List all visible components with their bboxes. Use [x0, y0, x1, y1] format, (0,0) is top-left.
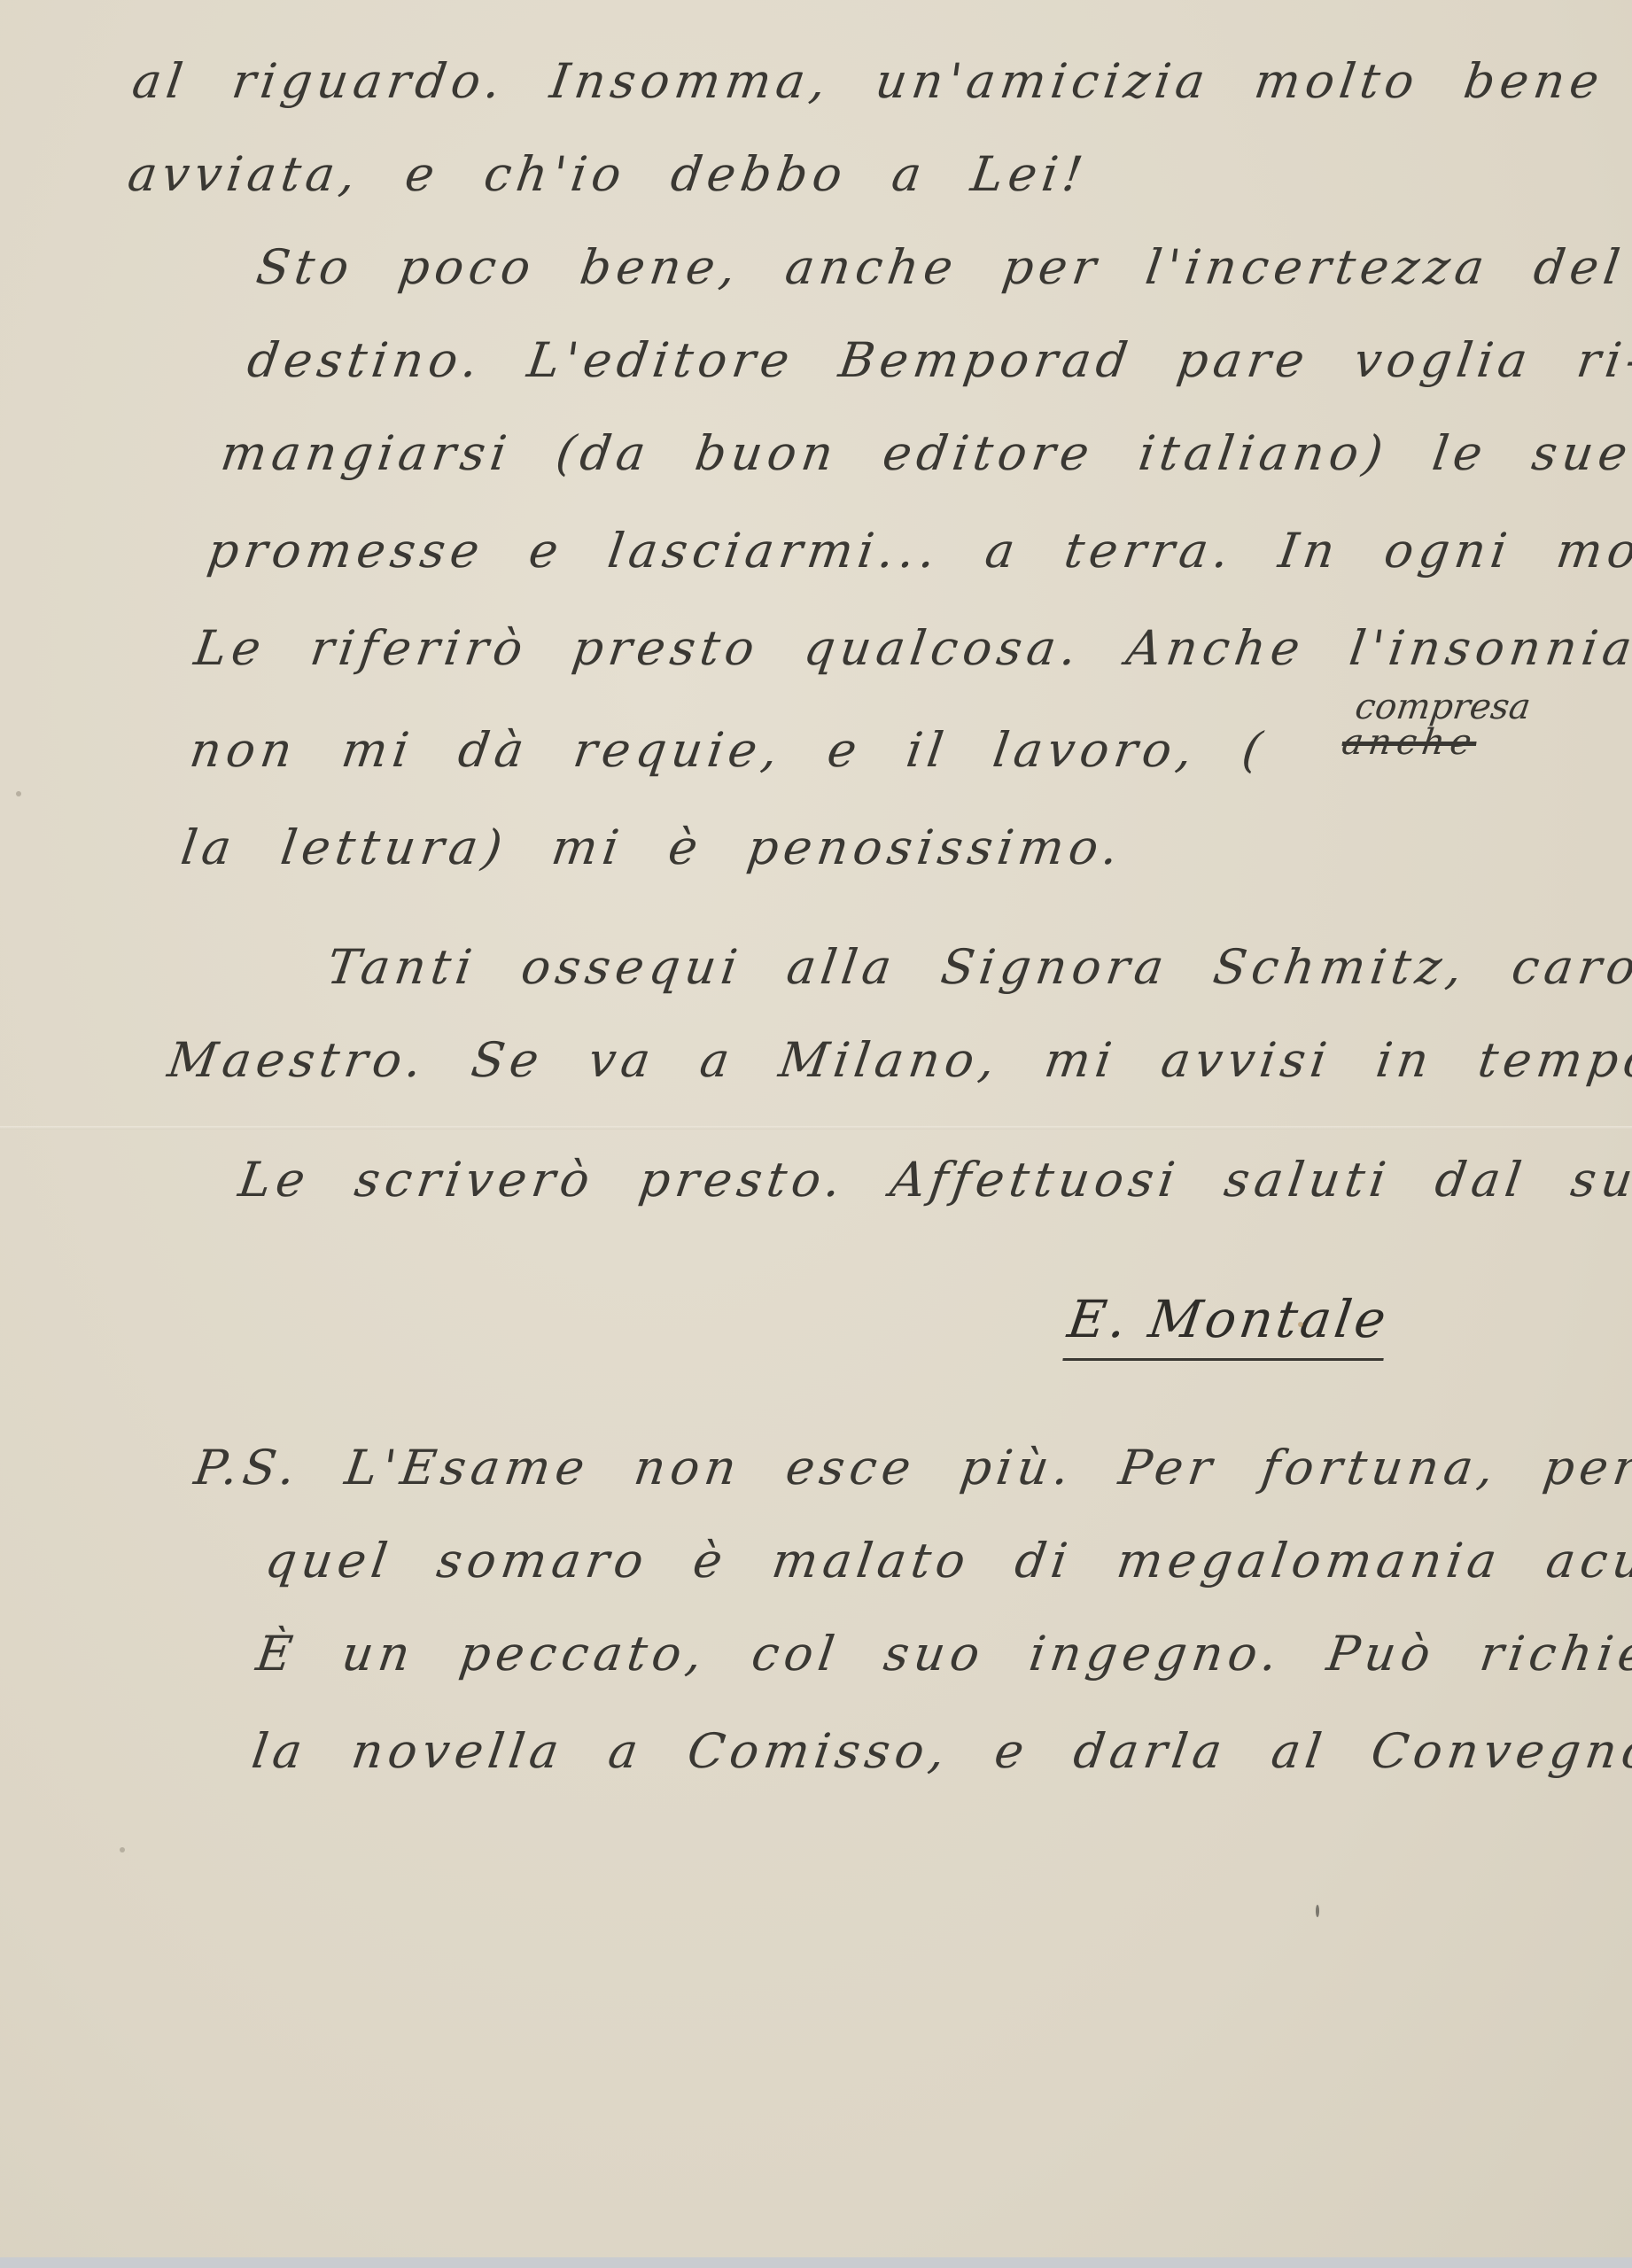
postscript-line: quel somaro è malato di megalomania acut…	[262, 1533, 1632, 1588]
ink-mark	[1316, 1905, 1319, 1917]
postscript-line: È un peccato, col suo ingegno. Può richi…	[253, 1626, 1632, 1682]
inserted-word: compresa	[1353, 687, 1534, 727]
letter-line: al riguardo. Insomma, un'amicizia molto …	[129, 53, 1608, 109]
letter-line: mangiarsi (da buon editore italiano) le …	[218, 425, 1632, 481]
letter-line: destino. L'editore Bemporad pare voglia …	[245, 332, 1632, 388]
letter-line: non mi dà requie, e il lavoro, (	[187, 722, 1271, 778]
letter-line: Sto poco bene, anche per l'incertezza de…	[253, 239, 1632, 295]
postscript-line: P.S. L'Esame non esce più. Per fortuna, …	[191, 1440, 1632, 1495]
signature: E. Montale	[1062, 1289, 1393, 1361]
letter-line: Le riferirò presto qualcosa. Anche l'ins…	[191, 620, 1632, 676]
paper-speck	[1298, 1322, 1303, 1327]
letter-line: Le scriverò presto. Affettuosi saluti da…	[236, 1152, 1632, 1208]
page-bottom-edge	[0, 2257, 1632, 2268]
struck-word: anche	[1340, 722, 1480, 763]
letter-line: la lettura) mi è penosissimo.	[178, 819, 1127, 875]
letter-line: promesse e lasciarmi... a terra. In ogni…	[205, 523, 1632, 579]
paper-speck	[120, 1847, 125, 1852]
paper-speck	[16, 791, 21, 796]
paper-fold-crease	[0, 1126, 1632, 1130]
letter-line: Maestro. Se va a Milano, mi avvisi in te…	[165, 1032, 1632, 1088]
letter-line: avviata, e ch'io debbo a Lei!	[125, 146, 1092, 202]
letter-line: Tanti ossequi alla Signora Schmitz, caro	[324, 939, 1632, 995]
postscript-line: la novella a Comisso, e darla al Convegn…	[249, 1723, 1632, 1779]
